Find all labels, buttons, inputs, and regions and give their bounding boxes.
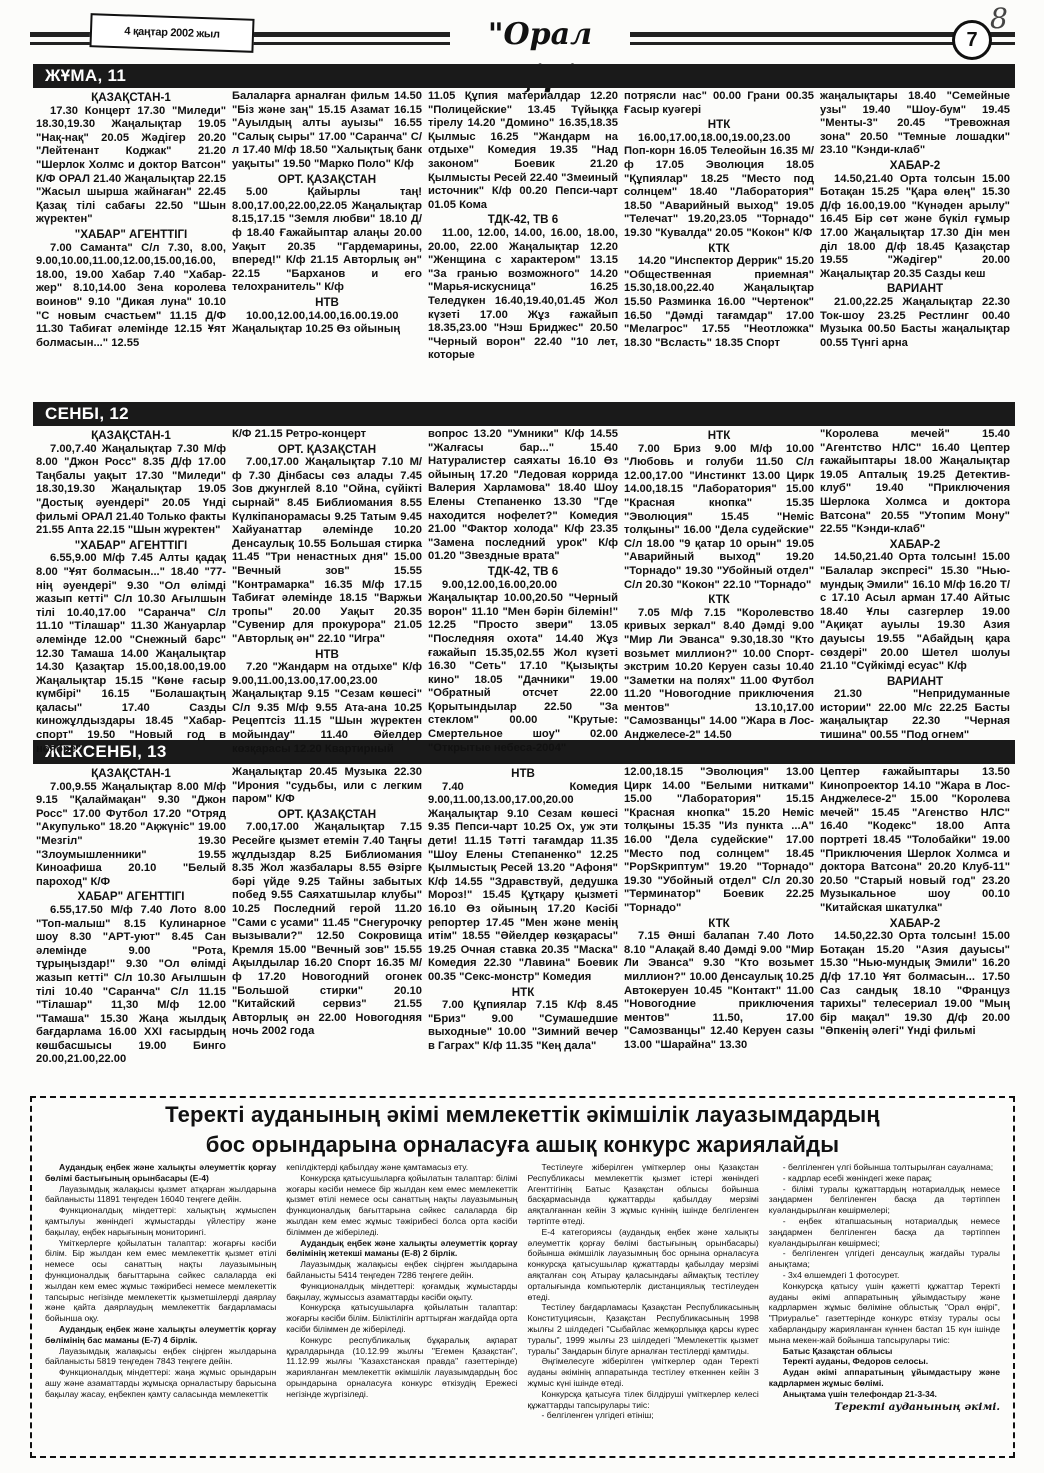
masthead: 4 қаңтар 2002 жыл "Орал өңірі" 7 8	[30, 10, 1015, 62]
notice-paragraph: Тестілеуге жіберілген үміткерлер оны Қаз…	[528, 1162, 759, 1227]
schedule-column: Жаңалықтар 20.45 Музыка 22.30 "Ирония "с…	[229, 766, 425, 1091]
program-listing: вопрос 13.20 "Умники" К/ф 14.55 "Жалғасы…	[428, 428, 618, 564]
day-header-friday: ЖҰМА, 11	[33, 64, 1015, 88]
notice-paragraph: Лауазымдық жалақысы қызмет атқарған жылд…	[45, 1184, 276, 1206]
program-listing: 7.00,7.40 Жаңалықтар 7.30 М/ф 8.00 "Джон…	[36, 443, 226, 538]
program-listing: 7.00 Бриз 9.00 М/ф 10.00 "Любовь и голуб…	[624, 443, 814, 593]
notice-paragraph: - білімі туралы құжаттардың нотариалдық …	[769, 1184, 1000, 1216]
program-listing: Жаңалықтар 20.45 Музыка 22.30 "Ирония "с…	[232, 766, 422, 807]
channel-name: ХАБАР-2	[820, 159, 1010, 173]
program-listing: 14.20 "Инспектор Деррик" 15.20 "Обществе…	[624, 255, 814, 350]
position-heading: Аудандық еңбек және халықты әлеуметтік қ…	[286, 1238, 517, 1260]
program-listing: 14.50,22.30 Орта толсын! 15.00 Ботақан 1…	[820, 930, 1010, 1039]
program-listing: 17.30 Концерт 17.30 "Миледи" 18.30,19.30…	[36, 105, 226, 227]
channel-name: ОРТ. ҚАЗАҚСТАН	[232, 173, 422, 187]
position-heading: Аудандық еңбек және халықты әлеуметтік қ…	[45, 1162, 276, 1184]
job-competition-notice: Теректі ауданының әкімі мемлекеттік әкім…	[30, 1096, 1015, 1458]
schedule-column: 11.05 Құпия материалдар 12.20 "Полицейск…	[425, 90, 621, 400]
program-listing: 7.00 Құпиялар 7.15 К/ф 8.45 "Бриз" 9.00 …	[428, 999, 618, 1053]
schedule-column: жаңалықтары 18.40 "Семейные узы" 19.40 "…	[817, 90, 1013, 400]
channel-name: "ХАБАР" АГЕНТТІГІ	[36, 539, 226, 553]
program-listing: 21.00,22.25 Жаңалықтар 22.30 Ток-шоу 23.…	[820, 296, 1010, 350]
program-listing: 16.00,17.00,18.00,19.00,23.00 Поп-корн 1…	[624, 132, 814, 241]
contact-address: Анықтама үшін телефондар 21-3-34.	[769, 1389, 1000, 1400]
notice-paragraph: кепілдіктерді қабылдау және қамтамасыз е…	[286, 1162, 517, 1173]
channel-name: НТК	[428, 986, 618, 1000]
notice-paragraph: - белгіленген үлгідегі денсаулық жағдайы…	[769, 1248, 1000, 1270]
program-listing: 14.50,21.40 Орта толсын! 15.00 "Балалар …	[820, 551, 1010, 673]
notice-title-line-2: бос орындарына орналасуға ашық конкурс ж…	[32, 1132, 1013, 1158]
notice-paragraph: Конкурсқа қатысушыларға қойылатын талапт…	[286, 1173, 517, 1238]
notice-paragraph: Үміткерлерге қойылатын талаптар: жоғарғы…	[45, 1238, 276, 1324]
program-listing: Балаларға арналған фильм 14.50 "Біз және…	[232, 90, 422, 172]
channel-name: КТК	[624, 242, 814, 256]
channel-name: НТК	[624, 429, 814, 443]
tv-schedule-sunday: ҚАЗАҚСТАН-17.00,9.55 Жаңалықтар 8.00 М/ф…	[33, 766, 1015, 1091]
schedule-column: потрясли нас" 00.00 Грани 00.35 Ғасыр ку…	[621, 90, 817, 400]
channel-name: ТДК-42, ТВ 6	[428, 565, 618, 579]
program-listing: 7.20 "Жандарм на отдыхе" К/ф 9.00,11.00,…	[232, 661, 422, 756]
program-listing: 9.00,12.00,16.00,20.00 Жаңалықтар 10.00,…	[428, 579, 618, 756]
schedule-column: 12.00,18.15 "Эволюция" 13.00 Цирк 14.00 …	[621, 766, 817, 1091]
program-listing: 21.30 "Непридуманные истории" 22.00 М/с …	[820, 688, 1010, 742]
notice-paragraph: - 3х4 өлшемдегі 1 фотосурет.	[769, 1270, 1000, 1281]
notice-paragraph: - кадрлар есебі жөніндегі жеке парақ;	[769, 1173, 1000, 1184]
schedule-column: К/Ф 21.15 Ретро-концертОРТ. ҚАЗАҚСТАН7.0…	[229, 428, 425, 738]
schedule-column: "Королева мечей" 15.40 "Агентство НЛС" 1…	[817, 428, 1013, 738]
notice-paragraph: Конкурсқа қатысу үшін қажетті құжаттар Т…	[769, 1281, 1000, 1346]
program-listing: 14.50,21.40 Орта толсын 15.00 Ботақан 15…	[820, 173, 1010, 282]
program-listing: 7.00,17.00 Жаңалықтар 7.15 Ресейге қызме…	[232, 821, 422, 1039]
channel-name: ХАБАР-2	[820, 538, 1010, 552]
notice-paragraph: Лауазымдық жалақысы еңбек сіңірген жылда…	[45, 1346, 276, 1368]
schedule-column: Цептер ғажайыптары 13.50 Кинопроектор 14…	[817, 766, 1013, 1091]
program-listing: 10.00,12.00,14.00,16.00.19.00 Жаңалықтар…	[232, 310, 422, 337]
schedule-column: НТК7.00 Бриз 9.00 М/ф 10.00 "Любовь и го…	[621, 428, 817, 738]
schedule-column: ҚАЗАҚСТАН-117.30 Концерт 17.30 "Миледи" …	[33, 90, 229, 400]
notice-paragraph: Тестілеу бағдарламасы Қазақстан Республи…	[528, 1302, 759, 1356]
program-listing: 7.40 Комедия 9.00,11.00,13.00,17.00,20.0…	[428, 781, 618, 985]
program-listing: 6.55,9.00 М/ф 7.45 Алты қадақ 8.00 "Ұят …	[36, 552, 226, 756]
notice-paragraph: Конкурсқа қатысуға тілек білдіруші үмітк…	[528, 1389, 759, 1411]
channel-name: КТК	[624, 917, 814, 931]
contact-address: Теректі ауданы, Федоров селосы.	[769, 1356, 1000, 1367]
notice-paragraph: Функционалдық міндеттері: халықтың жұмыс…	[45, 1205, 276, 1237]
channel-name: КТК	[624, 593, 814, 607]
channel-name: ВАРИАНТ	[820, 282, 1010, 296]
program-listing: "Королева мечей" 15.40 "Агентство НЛС" 1…	[820, 428, 1010, 537]
program-listing: 6.55,17.50 М/ф 7.40 Лото 8.00 "Топ-малыш…	[36, 904, 226, 1067]
notice-signature: Теректі ауданының әкімі.	[769, 1402, 1000, 1413]
contact-address: Батыс Қазақстан облысы	[769, 1346, 1000, 1357]
channel-name: НТК	[624, 118, 814, 132]
notice-paragraph: Әңгімелесуге жіберілген үміткерлер одан …	[528, 1356, 759, 1388]
program-listing: 7.00,9.55 Жаңалықтар 8.00 М/ф 9.15 "Қала…	[36, 781, 226, 890]
channel-name: ҚАЗАҚСТАН-1	[36, 91, 226, 105]
notice-paragraph: Конкурсқа қатысушыларға қойылатын талапт…	[286, 1302, 517, 1334]
contact-address: Аудан әкімі аппаратының ұйымдастыру және…	[769, 1367, 1000, 1389]
program-listing: 12.00,18.15 "Эволюция" 13.00 Цирк 14.00 …	[624, 766, 814, 916]
tv-schedule-friday: ҚАЗАҚСТАН-117.30 Концерт 17.30 "Миледи" …	[33, 90, 1015, 400]
schedule-column: ҚАЗАҚСТАН-17.00,9.55 Жаңалықтар 8.00 М/ф…	[33, 766, 229, 1091]
channel-name: ТДК-42, ТВ 6	[428, 213, 618, 227]
program-listing: 7.15 Әнші балапан 7.40 Лото 8.10 "Алақай…	[624, 930, 814, 1052]
notice-body: Аудандық еңбек және халықты әлеуметтік қ…	[32, 1158, 1013, 1421]
notice-paragraph: Функционалдық міндеттері: қоғамдық жұмыс…	[286, 1281, 517, 1303]
notice-column: - белгіленген үлгі бойынша толтырылған с…	[764, 1162, 1005, 1421]
notice-column: Тестілеуге жіберілген үміткерлер оны Қаз…	[523, 1162, 764, 1421]
program-listing: 7.00,17.00 Жаңалықтар 7.10 М/ф 7.30 Дінб…	[232, 456, 422, 646]
tv-schedule-saturday: ҚАЗАҚСТАН-17.00,7.40 Жаңалықтар 7.30 М/ф…	[33, 428, 1015, 738]
position-heading: Аудандық еңбек және халықты әлеуметтік қ…	[45, 1324, 276, 1346]
program-listing: 7.00 Саманта" С/л 7.30, 8.00, 9.00,10.00…	[36, 242, 226, 351]
notice-column: кепілдіктерді қабылдау және қамтамасыз е…	[281, 1162, 522, 1421]
notice-paragraph: - белгіленген үлгі бойынша толтырылған с…	[769, 1162, 1000, 1173]
channel-name: ОРТ. ҚАЗАҚСТАН	[232, 808, 422, 822]
program-listing: 11.00, 12.00, 14.00, 16.00, 18.00, 20.00…	[428, 227, 618, 363]
channel-name: ҚАЗАҚСТАН-1	[36, 767, 226, 781]
newspaper-title: "Орал өңірі"	[450, 14, 630, 56]
schedule-column: Балаларға арналған фильм 14.50 "Біз және…	[229, 90, 425, 400]
channel-name: "ХАБАР" АГЕНТТІГІ	[36, 228, 226, 242]
channel-name: ХАБАР-2	[820, 917, 1010, 931]
page-number-badge: 7	[952, 20, 992, 60]
notice-paragraph: Е-4 категориясы (аудандық еңбек және хал…	[528, 1227, 759, 1303]
program-listing: 5.00 Қайырлы таң! 8.00,17.00,22.00,22.05…	[232, 186, 422, 295]
program-listing: жаңалықтары 18.40 "Семейные узы" 19.40 "…	[820, 90, 1010, 158]
channel-name: ОРТ. ҚАЗАҚСТАН	[232, 443, 422, 457]
notice-title-line-1: Теректі ауданының әкімі мемлекеттік әкім…	[32, 1102, 1013, 1128]
notice-paragraph: Функционалдық міндеттері: жаңа жұмыс оры…	[45, 1367, 276, 1399]
program-listing: потрясли нас" 00.00 Грани 00.35 Ғасыр ку…	[624, 90, 814, 117]
schedule-column: ҚАЗАҚСТАН-17.00,7.40 Жаңалықтар 7.30 М/ф…	[33, 428, 229, 738]
handwritten-mark: 8	[990, 2, 1008, 35]
notice-paragraph: Лауазымдық жалақысы еңбек сіңірген жылда…	[286, 1259, 517, 1281]
program-listing: 7.05 М/ф 7.15 "Королевство кривых зеркал…	[624, 607, 814, 743]
channel-name: НТВ	[232, 296, 422, 310]
notice-paragraph: - белгіленген үлгідегі өтініш;	[528, 1410, 759, 1421]
channel-name: НТВ	[428, 767, 618, 781]
channel-name: ҚАЗАҚСТАН-1	[36, 429, 226, 443]
schedule-column: вопрос 13.20 "Умники" К/ф 14.55 "Жалғасы…	[425, 428, 621, 738]
program-listing: 11.05 Құпия материалдар 12.20 "Полицейск…	[428, 90, 618, 212]
program-listing: Цептер ғажайыптары 13.50 Кинопроектор 14…	[820, 766, 1010, 916]
notice-column: Аудандық еңбек және халықты әлеуметтік қ…	[40, 1162, 281, 1421]
notice-paragraph: - еңбек кітапшасының нотариалдық немесе …	[769, 1216, 1000, 1248]
channel-name: НТВ	[232, 648, 422, 662]
program-listing: К/Ф 21.15 Ретро-концерт	[232, 428, 422, 442]
issue-date-ribbon: 4 қаңтар 2002 жыл	[89, 13, 254, 53]
day-header-saturday: СЕНБІ, 12	[33, 402, 1015, 426]
schedule-column: НТВ7.40 Комедия 9.00,11.00,13.00,17.00,2…	[425, 766, 621, 1091]
notice-paragraph: Конкурс республикалық бұқаралық ақпарат …	[286, 1335, 517, 1400]
channel-name: ВАРИАНТ	[820, 675, 1010, 689]
channel-name: ХАБАР" АГЕНТТІГІ	[36, 890, 226, 904]
